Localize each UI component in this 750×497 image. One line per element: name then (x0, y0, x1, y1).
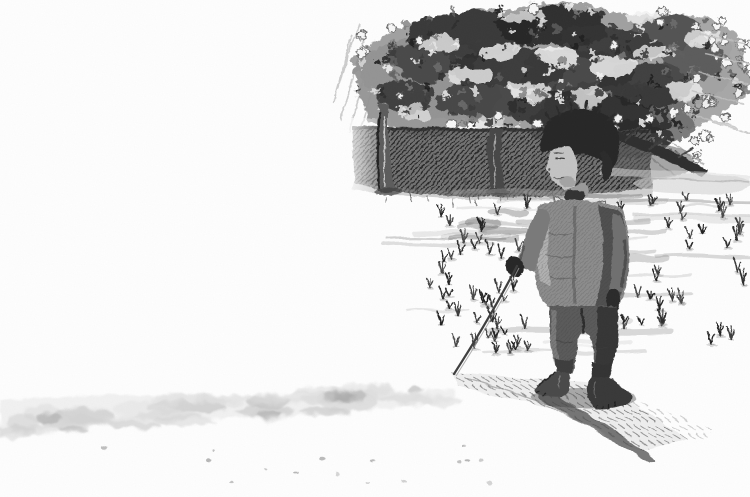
illustration-page: Pencil illustration (0, 0, 750, 497)
paper-grain-overlay (0, 0, 750, 497)
pencil-sketch-illustration: Pencil illustration (0, 0, 750, 497)
